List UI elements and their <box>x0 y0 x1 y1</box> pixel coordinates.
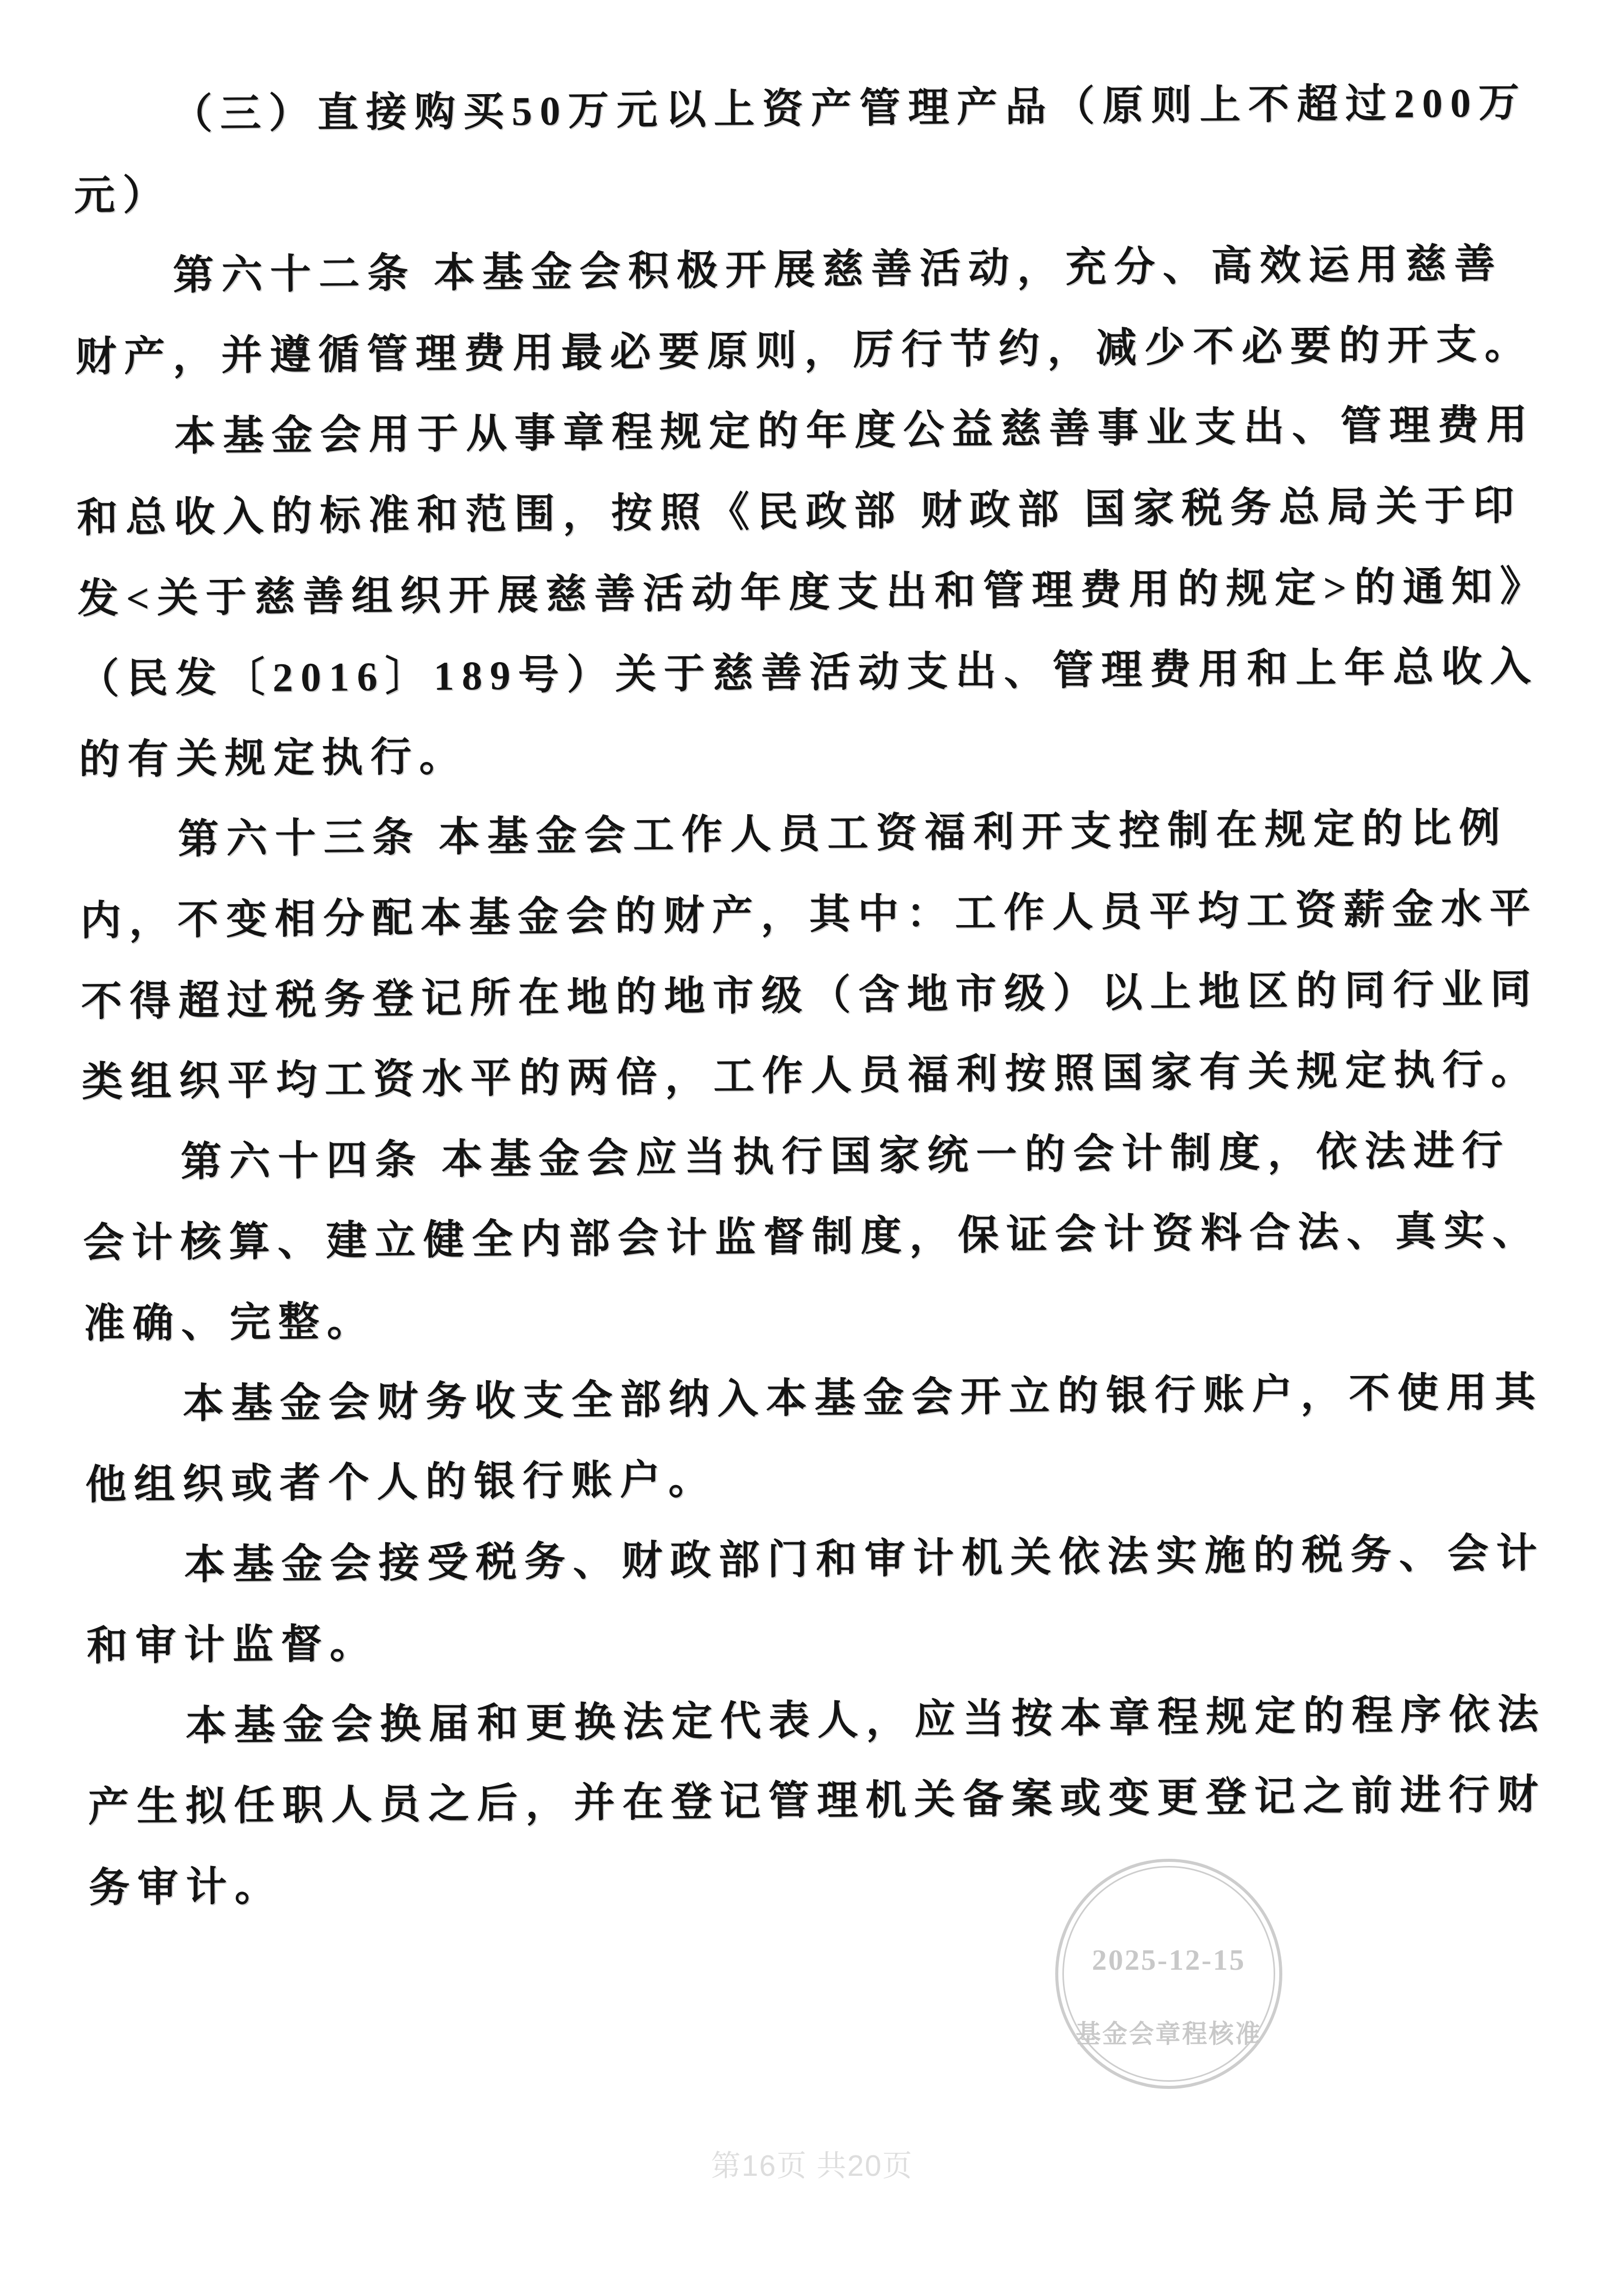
document-line: （民发〔2016〕189号）关于慈善活动支出、管理费用和上年总收入 <box>78 627 1569 721</box>
document-line: 本基金会换届和更换法定代表人，应当按本章程规定的程序依法 <box>87 1674 1578 1768</box>
document-line: 财产，并遵循管理费用最必要原则，厉行节约，减少不必要的开支。 <box>75 304 1567 398</box>
document-line: 的有关规定执行。 <box>79 707 1570 801</box>
stamp-date: 2025-12-15 <box>1058 1943 1279 1977</box>
document-line: 务审计。 <box>88 1836 1580 1929</box>
stamp-label: 基金会章程核准 <box>1058 2014 1279 2050</box>
page-number-footer: 第16页 共20页 <box>0 2142 1624 2185</box>
document-line: 他组织或者个人的银行账户。 <box>85 1433 1576 1526</box>
document-line: 类组织平均工资水平的两倍，工作人员福利按照国家有关规定执行。 <box>81 1030 1573 1123</box>
document-page: （三）直接购买50万元以上资产管理产品（原则上不超过200万元）第六十二条 本基… <box>0 0 1624 2296</box>
document-line: 准确、完整。 <box>83 1271 1575 1365</box>
document-text-block: （三）直接购买50万元以上资产管理产品（原则上不超过200万元）第六十二条 本基… <box>73 63 1581 1929</box>
document-line: 不得超过税务登记所在地的地市级（含地市级）以上地区的同行业同 <box>81 949 1572 1043</box>
approval-stamp: 2025-12-15 基金会章程核准 <box>1055 1859 1282 2089</box>
document-line: 发<关于慈善组织开展慈善活动年度支出和管理费用的规定>的通知》 <box>77 546 1569 640</box>
document-line: 第六十二条 本基金会积极开展慈善活动，充分、高效运用慈善 <box>74 224 1566 318</box>
document-line: 会计核算、建立健全内部会计监督制度，保证会计资料合法、真实、 <box>83 1191 1574 1285</box>
document-line: 第六十三条 本基金会工作人员工资福利开支控制在规定的比例 <box>79 788 1571 882</box>
document-line: 本基金会接受税务、财政部门和审计机关依法实施的税务、会计 <box>85 1513 1577 1607</box>
document-line: 第六十四条 本基金会应当执行国家统一的会计制度，依法进行 <box>82 1110 1573 1204</box>
document-line: 元） <box>74 143 1565 237</box>
document-line: 和审计监督。 <box>86 1594 1578 1687</box>
document-line: 本基金会用于从事章程规定的年度公益慈善事业支出、管理费用 <box>76 385 1567 479</box>
document-line: 产生拟任职人员之后，并在登记管理机关备案或变更登记之前进行财 <box>87 1755 1579 1849</box>
document-line: （三）直接购买50万元以上资产管理产品（原则上不超过200万 <box>73 63 1565 156</box>
document-line: 内，不变相分配本基金会的财产，其中：工作人员平均工资薪金水平 <box>80 869 1571 962</box>
document-line: 本基金会财务收支全部纳入本基金会开立的银行账户，不使用其 <box>84 1352 1576 1446</box>
document-line: 和总收入的标准和范围，按照《民政部 财政部 国家税务总局关于印 <box>76 466 1568 559</box>
